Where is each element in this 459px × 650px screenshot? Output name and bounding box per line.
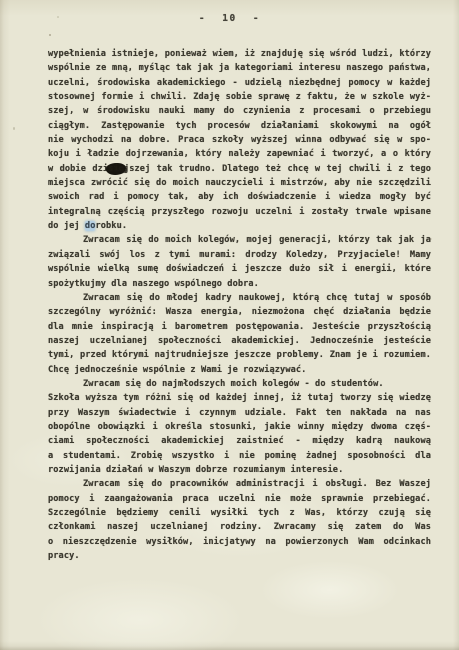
text-line: związali swój los z tymi murami: drodzy … [48, 248, 431, 262]
text-line: Zwracam się do pracowników administracji… [48, 477, 431, 491]
text-line: spożytkujmy dla naszego wspólnego dobra. [48, 277, 431, 291]
text-line: Szczególnie będziemy cenili wysiłki tych… [48, 506, 431, 520]
text-segment: do jej [48, 221, 85, 231]
text-line: dla mnie inspiracją i barometrem postępo… [48, 320, 431, 334]
text-line: ciągłym. Zastępowanie tych procesów dzia… [48, 119, 431, 133]
text-line: szej, w środowisku nauki mamy do czynien… [48, 104, 431, 118]
text-line: wspólnie wielką sumę doświadczeń i jeszc… [48, 262, 431, 276]
blue-correction-mark: do [85, 221, 96, 231]
text-line: swoich rad i pomocy tak, aby ich doświad… [48, 190, 431, 204]
page-number: - 10 - [0, 13, 459, 24]
text-line: rozwijania działań w Waszym dobrze rozum… [48, 463, 431, 477]
text-line: przy Waszym świadectwie i czynnym udzial… [48, 406, 431, 420]
text-line: pracy. [48, 549, 431, 563]
paper-speck [57, 16, 59, 18]
text-line: Zwracam się do młodej kadry naukowej, kt… [48, 291, 431, 305]
text-line: naszej uczelnianej społeczności akademic… [48, 334, 431, 348]
text-line: o nieszczędzenie wysiłków, inicjatywy na… [48, 535, 431, 549]
text-line: koju i ładzie dojrzewania, który należy … [48, 147, 431, 161]
paper-speck [13, 127, 15, 130]
text-line: w dobie dzisiejszej tak trudno. Dlatego … [48, 162, 431, 176]
text-line: ciami społeczności akademickiej zaistnie… [48, 434, 431, 448]
text-line: szczególny wyróżnić: Wasza energia, niez… [48, 305, 431, 319]
text-line: integralną częścią przyszłego rozwoju uc… [48, 205, 431, 219]
text-line: pomocy i zaangażowania praca uczelni nie… [48, 492, 431, 506]
document-page: - 10 - wypełnienia istnieje, ponieważ wi… [0, 0, 459, 650]
text-line: nie wychodzi na dobre. Praca szkoły wyżs… [48, 133, 431, 147]
text-line: Chcę jednocześnie wspólnie z Wami je roz… [48, 363, 431, 377]
text-line: wypełnienia istnieje, ponieważ wiem, iż … [48, 47, 431, 61]
text-line: Zwracam się do najmłodszych moich kolegó… [48, 377, 431, 391]
text-line: a studentami. Zrobię wszystko i nie pomi… [48, 449, 431, 463]
text-line: stosownej formie i chwili. Zdaję sobie s… [48, 90, 431, 104]
text-line: członkami naszej uczelnianej rodziny. Zw… [48, 520, 431, 534]
text-line: tymi, przed którymi najtrudniejsze jeszc… [48, 348, 431, 362]
text-line: uczelni, środowiska akademickiego - udzi… [48, 76, 431, 90]
text-line: miejsca zwrócić się do moich nauczycieli… [48, 176, 431, 190]
text-segment: jszej tak trudno. Dlatego też chcę w tej… [124, 164, 431, 174]
paper-speck [49, 34, 51, 36]
document-body: wypełnienia istnieje, ponieważ wiem, iż … [48, 47, 431, 563]
text-line: wspólnie ze mną, myśląc tak jak ja kateg… [48, 61, 431, 75]
text-segment: w dobie dzi [48, 164, 108, 174]
text-line: Szkoła wyższa tym różni się od każdej in… [48, 391, 431, 405]
text-segment: robku. [95, 221, 127, 231]
text-line: obopólne obowiązki i określa stosunki, j… [48, 420, 431, 434]
paper-speck [430, 238, 432, 240]
text-line: do jej dorobku. [48, 219, 431, 233]
text-line: Zwracam się do moich kolegów, mojej gene… [48, 233, 431, 247]
